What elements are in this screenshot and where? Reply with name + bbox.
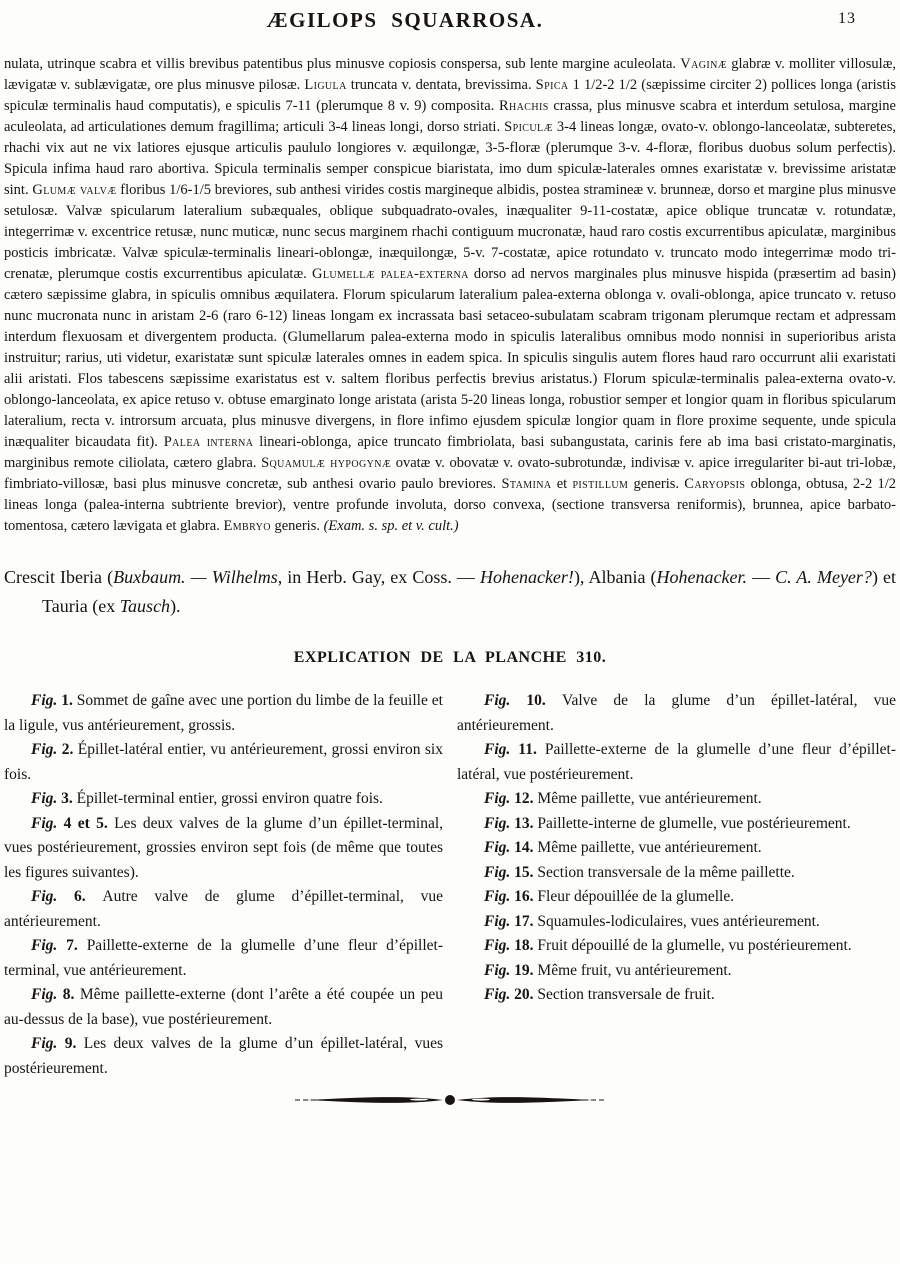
figure-entry: Fig. 13. Paillette-interne de glumelle, … [457,812,896,837]
habitat-paragraph: Crescit Iberia (Buxbaum. — Wilhelms, in … [4,563,896,621]
body-text: , in Herb. Gay, ex Coss. — [278,567,480,587]
plate-explanation-heading: EXPLICATION DE LA PLANCHE 310. [4,649,896,667]
figure-number: 14. [510,839,537,856]
figure-label: Fig. [484,937,510,954]
smallcaps-term: Embryo [223,518,270,534]
body-text: nulata, utrinque scabra et villis brevib… [4,56,680,72]
figure-caption: Fleur dépouillée de la glumelle. [537,888,734,905]
figure-number: 9. [57,1035,83,1052]
figure-number: 8. [57,986,80,1003]
figure-label: Fig. [31,741,57,758]
figure-number: 18. [510,937,537,954]
figures-right-column: Fig. 10. Valve de la glume d’un épillet-… [457,689,896,1081]
italic-text: Hohenacker! [480,567,574,587]
figure-entry: Fig. 6. Autre valve de glume d’épillet-t… [4,885,443,934]
figure-entry: Fig. 19. Même fruit, vu antérieurement. [457,959,896,984]
figure-label: Fig. [484,962,510,979]
smallcaps-term: Glumellæ palea-externa [312,266,469,282]
book-page: ÆGILOPS SQUARROSA. 13 nulata, utrinque s… [0,0,900,1264]
body-text: ). [170,596,181,616]
smallcaps-term: Ligula [304,77,346,93]
figure-number: 7. [57,937,86,954]
figure-entry: Fig. 16. Fleur dépouillée de la glumelle… [457,885,896,910]
figure-entry: Fig. 2. Épillet-latéral entier, vu antér… [4,738,443,787]
swelled-rule-divider-icon [295,1092,605,1108]
figures-left-column: Fig. 1. Sommet de gaîne avec une portion… [4,689,443,1081]
figure-number: 17. [510,913,537,930]
figure-label: Fig. [31,888,57,905]
figure-caption: Squamules-lodiculaires, vues antérieurem… [537,913,819,930]
italic-text: C. A. Meyer? [775,567,872,587]
smallcaps-term: Vaginæ [680,56,727,72]
smallcaps-term: Stamina [501,476,551,492]
smallcaps-term: Spiculæ [504,119,553,135]
figure-label: Fig. [31,937,57,954]
figure-entry: Fig. 1. Sommet de gaîne avec une portion… [4,689,443,738]
figure-entry: Fig. 8. Même paillette-externe (dont l’a… [4,983,443,1032]
figure-number: 12. [510,790,537,807]
figure-label: Fig. [484,864,510,881]
figure-label: Fig. [484,839,510,856]
body-text: dorso ad nervos marginales plus minusve … [4,266,896,450]
figure-caption: Même fruit, vu antérieurement. [537,962,731,979]
figure-entry: Fig. 4 et 5. Les deux valves de la glume… [4,812,443,886]
page-number: 13 [838,10,856,28]
italic-text: (Exam. s. sp. et v. cult.) [324,518,459,534]
figure-label: Fig. [484,913,510,930]
figure-explanations: Fig. 1. Sommet de gaîne avec une portion… [4,689,896,1081]
body-text: ), Albania ( [574,567,657,587]
figure-label: Fig. [31,692,57,709]
figure-entry: Fig. 11. Paillette-externe de la glumell… [457,738,896,787]
smallcaps-term: Rhachis [499,98,549,114]
figure-entry: Fig. 12. Même paillette, vue antérieurem… [457,787,896,812]
body-text: et [552,476,573,492]
figure-number: 2. [57,741,78,758]
figure-number: 10. [510,692,562,709]
smallcaps-term: pistillum [572,476,628,492]
figure-entry: Fig. 7. Paillette-externe de la glumelle… [4,934,443,983]
body-text: generis. [271,518,324,534]
body-text: truncata v. dentata, brevissima. [347,77,536,93]
figure-number: 13. [510,815,537,832]
figure-caption: Fruit dépouillé de la glumelle, vu posté… [537,937,851,954]
italic-text: Tausch [120,596,170,616]
smallcaps-term: Glumæ valvæ [32,182,116,198]
figure-number: 19. [510,962,537,979]
italic-text: Buxbaum. — Wilhelms [113,567,278,587]
figure-label: Fig. [31,1035,57,1052]
figure-caption: Section transversale de la même paillett… [537,864,794,881]
figure-caption: Même paillette, vue antérieurement. [537,790,761,807]
smallcaps-term: Spica [536,77,569,93]
figure-label: Fig. [31,790,57,807]
figure-caption: Épillet-terminal entier, grossi environ … [77,790,383,807]
figure-number: 1. [57,692,77,709]
figure-entry: Fig. 14. Même paillette, vue antérieurem… [457,836,896,861]
figure-entry: Fig. 3. Épillet-terminal entier, grossi … [4,787,443,812]
figure-caption: Même paillette, vue antérieurement. [537,839,761,856]
figure-caption: Section transversale de fruit. [537,986,714,1003]
smallcaps-term: Squamulæ hypogynæ [261,455,391,471]
figure-entry: Fig. 10. Valve de la glume d’un épillet-… [457,689,896,738]
page-title: ÆGILOPS SQUARROSA. [4,8,896,33]
figure-label: Fig. [31,986,57,1003]
figure-number: 4 et 5. [57,815,114,832]
figure-number: 16. [510,888,537,905]
figure-entry: Fig. 9. Les deux valves de la glume d’un… [4,1032,443,1081]
figure-label: Fig. [484,986,510,1003]
figure-caption: Paillette-interne de glumelle, vue posté… [537,815,850,832]
species-description-paragraph: nulata, utrinque scabra et villis brevib… [4,54,896,537]
italic-text: Hohenacker. [657,567,747,587]
figure-entry: Fig. 20. Section transversale de fruit. [457,983,896,1008]
figure-number: 15. [510,864,537,881]
figure-label: Fig. [484,815,510,832]
footer-ornament [4,1091,896,1109]
body-text: Crescit Iberia ( [4,567,113,587]
figure-label: Fig. [484,888,510,905]
body-text: — [747,567,775,587]
figure-label: Fig. [484,692,510,709]
figure-label: Fig. [31,815,57,832]
figure-label: Fig. [484,790,510,807]
figure-entry: Fig. 15. Section transversale de la même… [457,861,896,886]
figure-number: 11. [510,741,545,758]
figure-number: 6. [57,888,102,905]
figure-label: Fig. [484,741,510,758]
figure-number: 20. [510,986,537,1003]
page-header: ÆGILOPS SQUARROSA. 13 [4,8,896,44]
smallcaps-term: Palea interna [164,434,254,450]
figure-number: 3. [57,790,76,807]
figure-entry: Fig. 17. Squamules-lodiculaires, vues an… [457,910,896,935]
figure-entry: Fig. 18. Fruit dépouillé de la glumelle,… [457,934,896,959]
smallcaps-term: Caryopsis [684,476,745,492]
body-text: generis. [628,476,684,492]
